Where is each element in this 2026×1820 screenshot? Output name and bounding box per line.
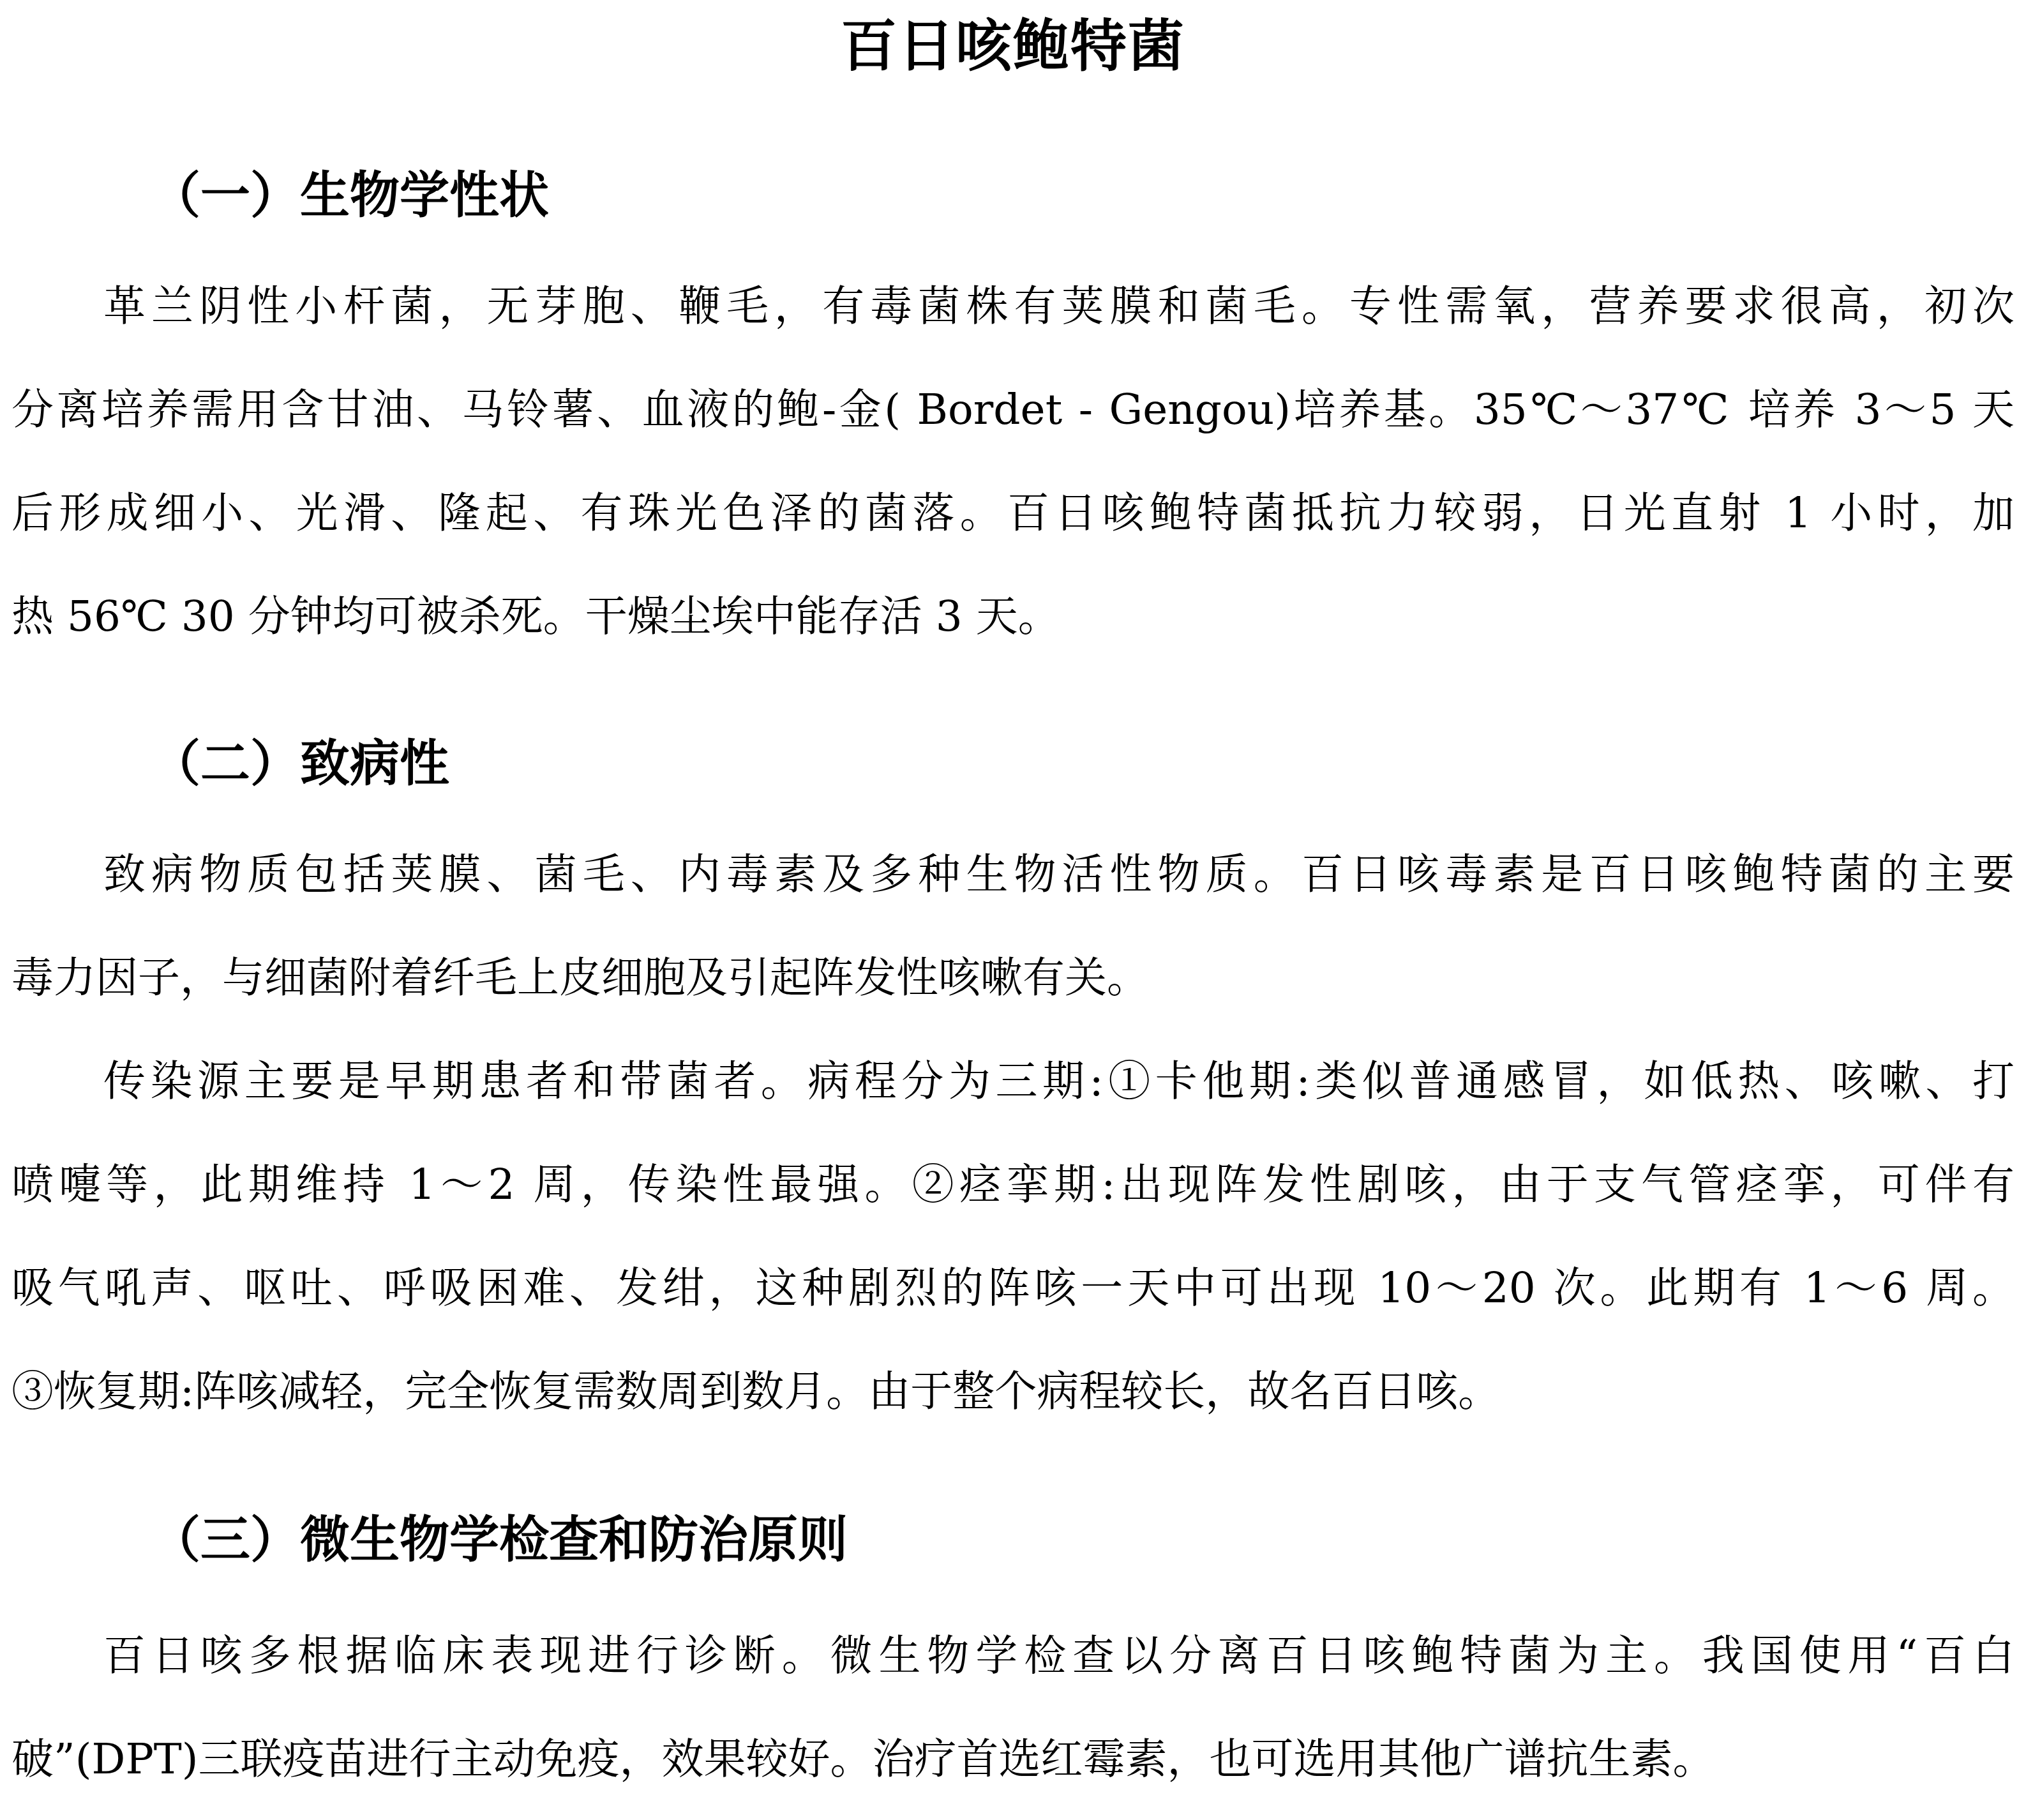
section-heading-biological-properties: （一）生物学性状 bbox=[151, 167, 549, 225]
paragraph-line: 热 56℃ 30 分钟均可被杀死。干燥尘埃中能存活 3 天。 bbox=[11, 591, 2015, 642]
paragraph-line: 喷嚏等，此期维持 1～2 周，传染性最强。②痉挛期:出现阵发性剧咳，由于支气管痉… bbox=[11, 1159, 2015, 1210]
paragraph-line: 传染源主要是早期患者和带菌者。病程分为三期:①卡他期:类似普通感冒，如低热、咳嗽… bbox=[103, 1056, 2015, 1107]
paragraph-line: 百日咳多根据临床表现进行诊断。微生物学检查以分离百日咳鲍特菌为主。我国使用“百白 bbox=[103, 1630, 2015, 1681]
paragraph-line: 致病物质包括荚膜、菌毛、内毒素及多种生物活性物质。百日咳毒素是百日咳鲍特菌的主要 bbox=[103, 849, 2015, 900]
paragraph-line: 破”(DPT)三联疫苗进行主动免疫，效果较好。治疗首选红霉素，也可选用其他广谱抗… bbox=[11, 1734, 2015, 1785]
paragraph-line: 吸气吼声、呕吐、呼吸困难、发绀，这种剧烈的阵咳一天中可出现 10～20 次。此期… bbox=[11, 1263, 2015, 1314]
paragraph-line: ③恢复期:阵咳减轻，完全恢复需数周到数月。由于整个病程较长，故名百日咳。 bbox=[11, 1366, 2015, 1417]
paragraph-line: 革兰阴性小杆菌，无芽胞、鞭毛，有毒菌株有荚膜和菌毛。专性需氧，营养要求很高，初次 bbox=[103, 281, 2015, 332]
paragraph-line: 后形成细小、光滑、隆起、有珠光色泽的菌落。百日咳鲍特菌抵抗力较弱，日光直射 1 … bbox=[11, 488, 2015, 539]
section-heading-microbiological-examination: （三）微生物学检查和防治原则 bbox=[151, 1512, 848, 1569]
paragraph-line: 分离培养需用含甘油、马铃薯、血液的鲍-金( Bordet - Gengou)培养… bbox=[11, 384, 2015, 435]
document-title: 百日咳鲍特菌 bbox=[0, 14, 2026, 78]
paragraph-line: 毒力因子，与细菌附着纤毛上皮细胞及引起阵发性咳嗽有关。 bbox=[11, 952, 2015, 1004]
section-heading-pathogenicity: （二）致病性 bbox=[151, 735, 449, 793]
